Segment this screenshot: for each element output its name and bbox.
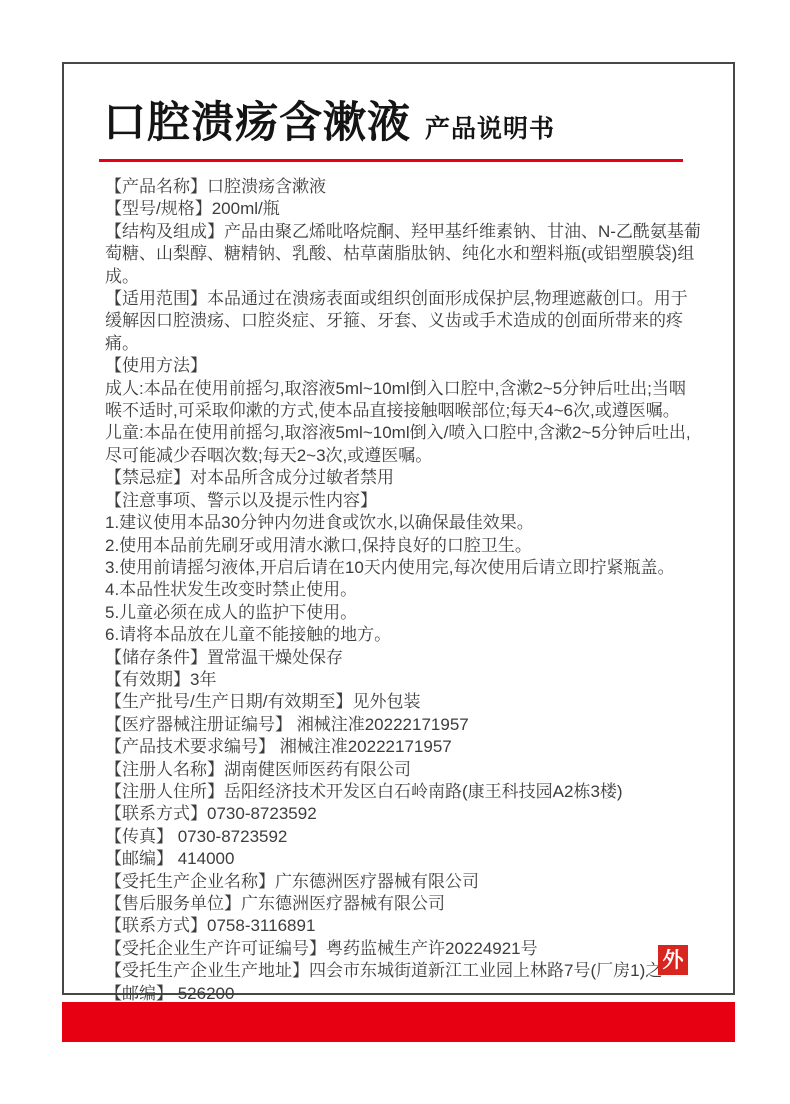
paragraph: 【联系方式】0758-3116891	[105, 915, 701, 937]
paragraph: 【传真】 0730-8723592	[105, 826, 701, 848]
paragraph: 【邮编】 414000	[105, 848, 701, 870]
paragraph: 【售后服务单位】广东德洲医疗器械有限公司	[105, 893, 701, 915]
instruction-paragraphs: 【产品名称】口腔溃疡含漱液【型号/规格】200ml/瓶【结构及组成】产品由聚乙烯…	[105, 176, 701, 1027]
instruction-sheet-border-box: 口腔溃疡含漱液 产品说明书 【产品名称】口腔溃疡含漱液【型号/规格】200ml/…	[62, 62, 735, 995]
paragraph: 3.使用前请摇匀液体,开启后请在10天内使用完,每次使用后请立即拧紧瓶盖。	[105, 557, 701, 579]
paragraph: 【有效期】3年	[105, 669, 701, 691]
paragraph: 【结构及组成】产品由聚乙烯吡咯烷酮、羟甲基纤维素钠、甘油、N-乙酰氨基葡萄糖、山…	[105, 221, 701, 288]
paragraph: 【产品技术要求编号】 湘械注准20222171957	[105, 736, 701, 758]
header: 口腔溃疡含漱液 产品说明书	[103, 100, 555, 147]
paragraph: 【生产批号/生产日期/有效期至】见外包装	[105, 691, 701, 713]
paragraph: 【产品名称】口腔溃疡含漱液	[105, 176, 701, 198]
paragraph: 【医疗器械注册证编号】 湘械注准20222171957	[105, 714, 701, 736]
document-type-label: 产品说明书	[425, 109, 555, 145]
product-title: 口腔溃疡含漱液	[103, 100, 411, 147]
title-underline	[99, 159, 683, 162]
paragraph: 【注册人住所】岳阳经济技术开发区白石岭南路(康王科技园A2栋3楼)	[105, 781, 701, 803]
paragraph: 【储存条件】置常温干燥处保存	[105, 647, 701, 669]
outer-package-badge: 外	[658, 945, 688, 975]
footer-red-band	[62, 1002, 735, 1042]
paragraph: 成人:本品在使用前摇匀,取溶液5ml~10ml倒入口腔中,含漱2~5分钟后吐出;…	[105, 378, 701, 423]
paragraph: 【型号/规格】200ml/瓶	[105, 198, 701, 220]
instruction-sheet-page: 口腔溃疡含漱液 产品说明书 【产品名称】口腔溃疡含漱液【型号/规格】200ml/…	[0, 0, 790, 1104]
paragraph: 【注册人名称】湖南健医师医药有限公司	[105, 759, 701, 781]
paragraph: 【联系方式】0730-8723592	[105, 803, 701, 825]
paragraph: 1.建议使用本品30分钟内勿进食或饮水,以确保最佳效果。	[105, 512, 701, 534]
paragraph: 4.本品性状发生改变时禁止使用。	[105, 579, 701, 601]
paragraph: 【禁忌症】对本品所含成分过敏者禁用	[105, 467, 701, 489]
paragraph: 5.儿童必须在成人的监护下使用。	[105, 602, 701, 624]
paragraph: 【受托企业生产许可证编号】粤药监械生产许20224921号	[105, 938, 701, 960]
paragraph: 【使用方法】	[105, 355, 701, 377]
paragraph: 【受托生产企业名称】广东德洲医疗器械有限公司	[105, 871, 701, 893]
paragraph: 【适用范围】本品通过在溃疡表面或组织创面形成保护层,物理遮蔽创口。用于缓解因口腔…	[105, 288, 701, 355]
paragraph: 2.使用本品前先刷牙或用清水漱口,保持良好的口腔卫生。	[105, 535, 701, 557]
paragraph: 【受托生产企业生产地址】四会市东城街道新江工业园上林路7号(厂房1)之二	[105, 960, 701, 982]
paragraph: 儿童:本品在使用前摇匀,取溶液5ml~10ml倒入/喷入口腔中,含漱2~5分钟后…	[105, 422, 701, 467]
paragraph: 【注意事项、警示以及提示性内容】	[105, 490, 701, 512]
paragraph: 6.请将本品放在儿童不能接触的地方。	[105, 624, 701, 646]
